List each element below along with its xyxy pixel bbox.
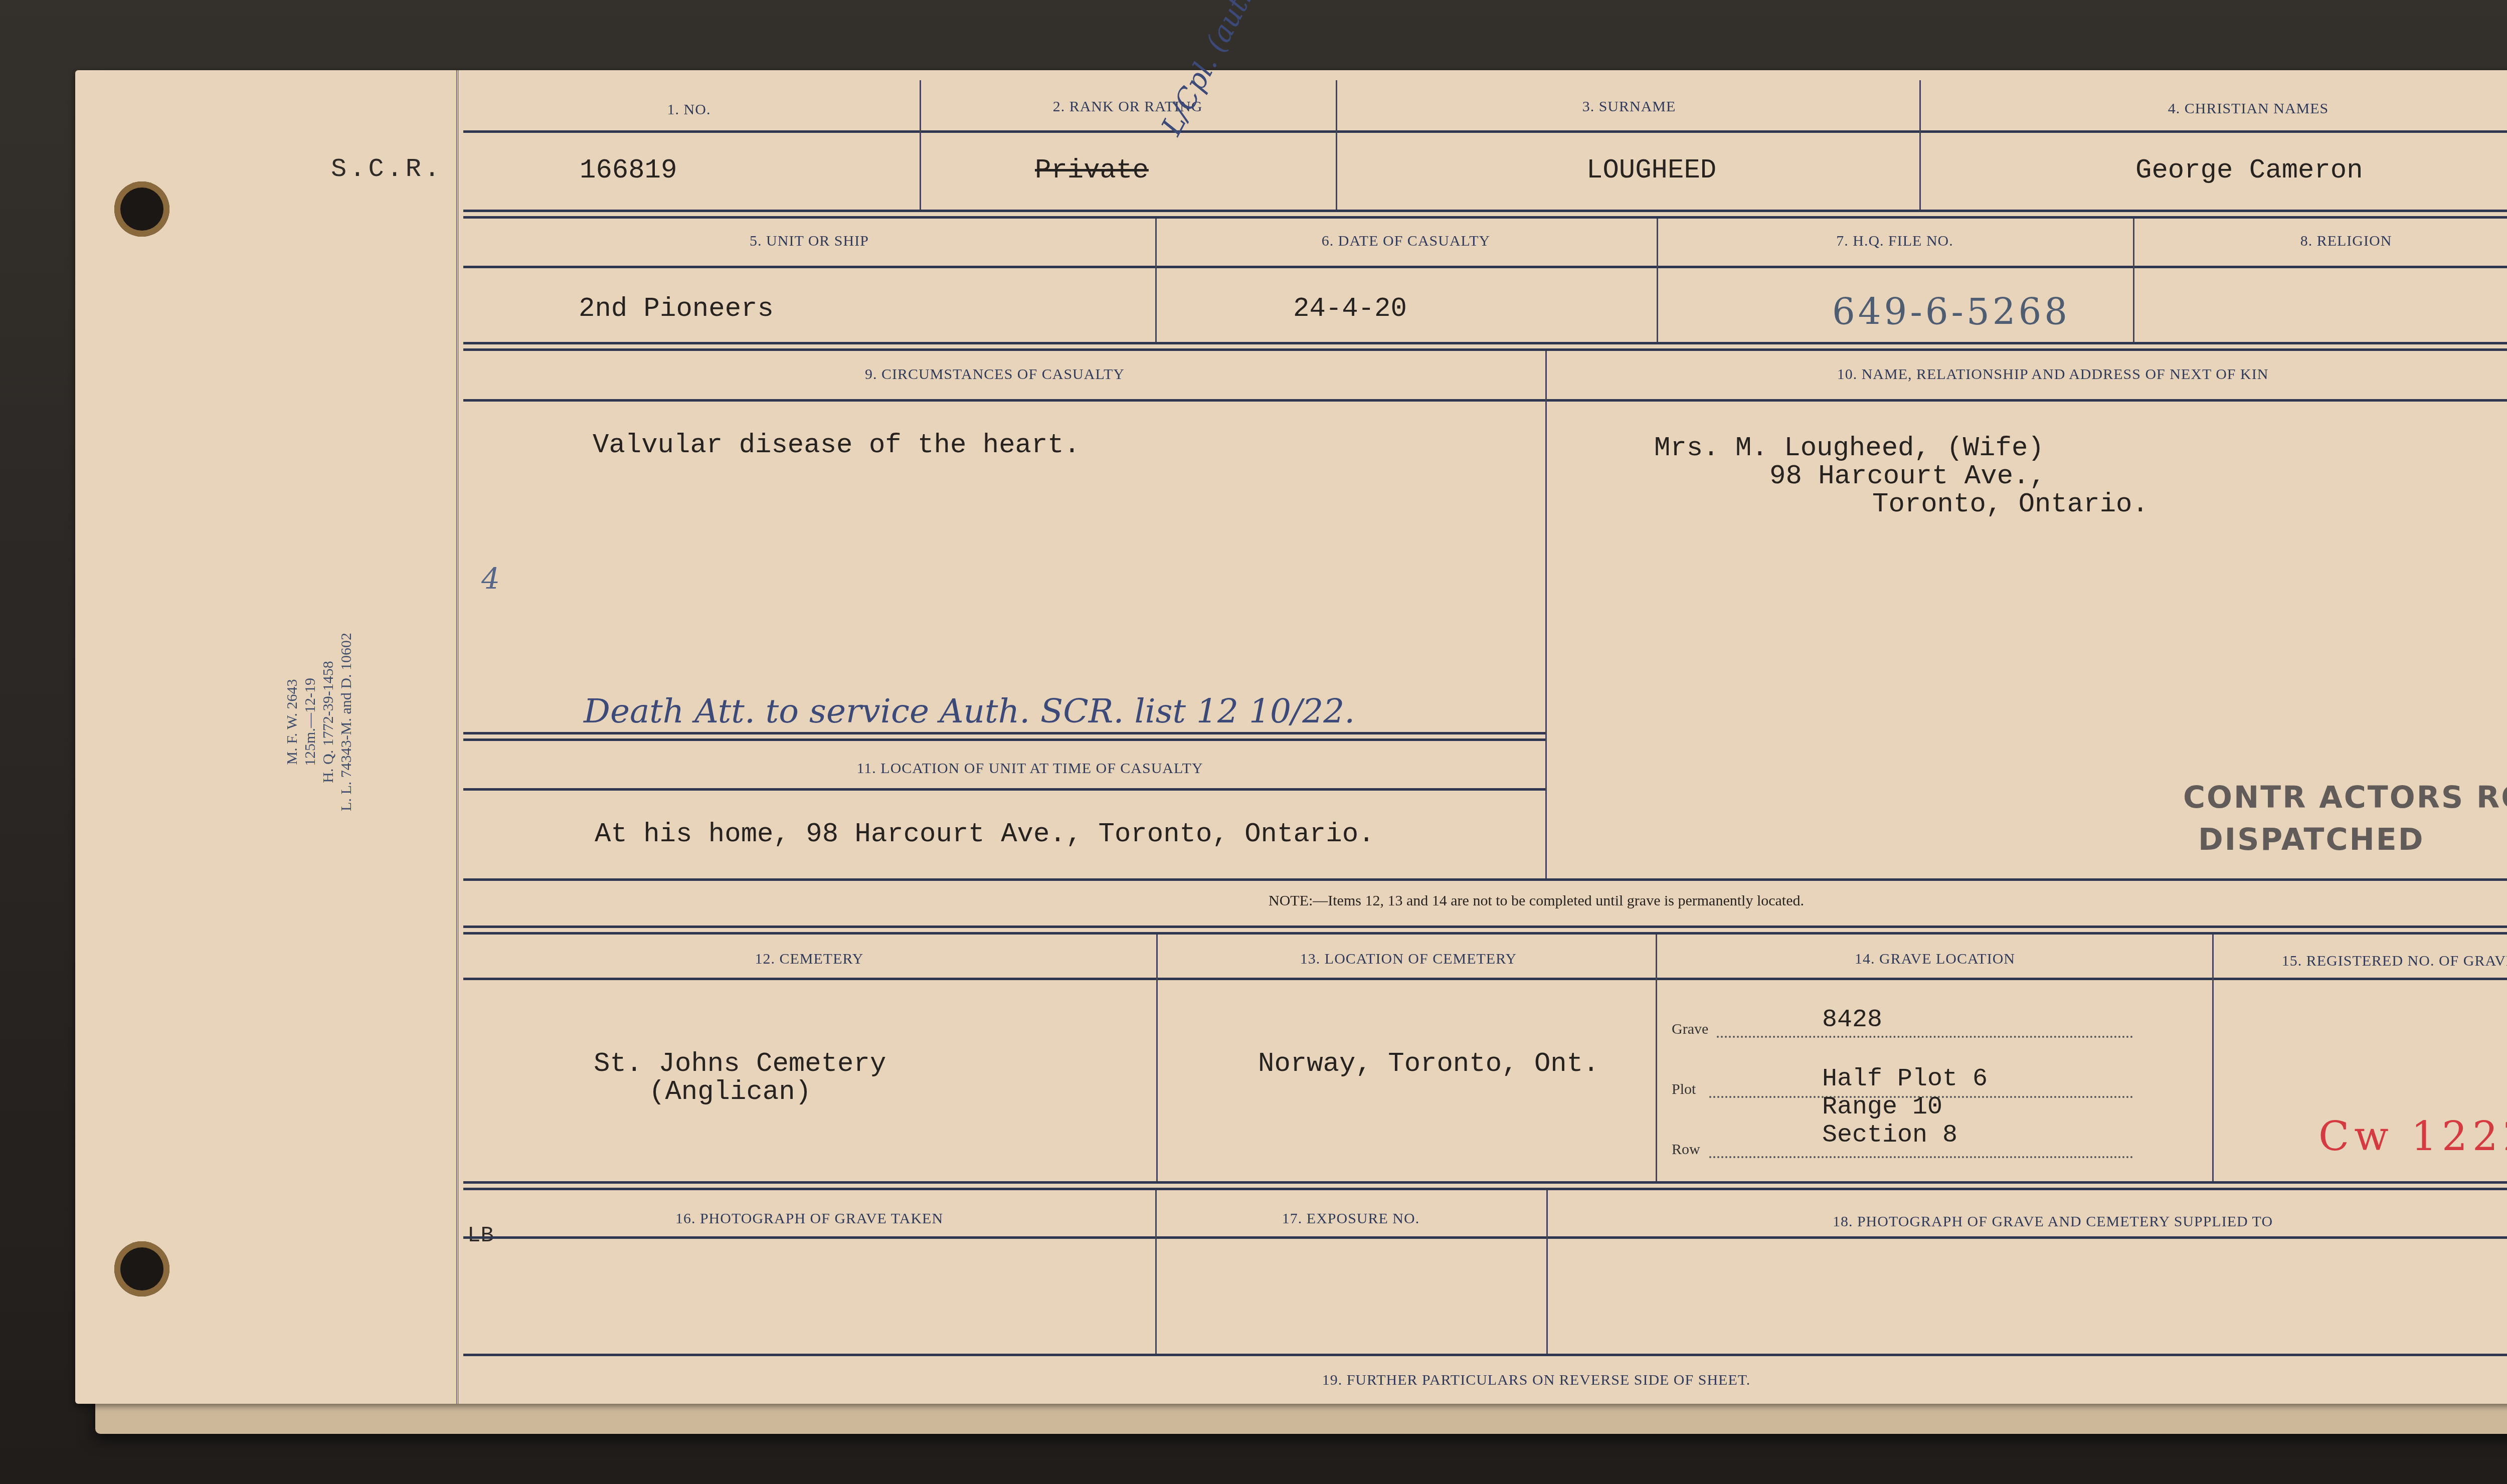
rule	[463, 978, 2507, 980]
value-christian-names: George Cameron	[2135, 155, 2363, 186]
rule	[463, 1181, 2507, 1190]
divider	[2212, 935, 2214, 1181]
rule	[463, 342, 2507, 351]
value-rank-struck: Private	[1035, 155, 1149, 186]
printer-note: M. F. W. 2643 125m.—12-19 H. Q. 1772-39-…	[283, 592, 355, 852]
handwritten-registered-no: Cw 1222	[2318, 1113, 2507, 1160]
rule	[463, 210, 2507, 219]
form-code: S.C.R.	[331, 154, 443, 184]
value-unit: 2nd Pioneers	[579, 294, 774, 324]
rule	[463, 878, 2507, 881]
label-christian-names: 4. Christian Names	[2168, 100, 2329, 117]
divider	[1336, 80, 1337, 210]
cemetery-line-1: St. Johns Cemetery	[594, 1049, 886, 1079]
divider	[1656, 935, 1657, 1181]
value-circumstances: Valvular disease of the heart.	[593, 430, 1080, 461]
label-next-of-kin: 10. Name, Relationship and Address of Ne…	[1837, 366, 2269, 383]
label-religion: 8. Religion	[2300, 233, 2392, 250]
rule	[463, 399, 2507, 402]
rule	[463, 266, 2507, 268]
divider	[1155, 1190, 1157, 1354]
stamp-dispatched: DISPATCHED	[2198, 822, 2425, 857]
value-surname: LOUGHEED	[1586, 155, 1716, 186]
label-cemetery: 12. Cemetery	[755, 951, 863, 968]
value-grave: 8428	[1822, 1006, 1882, 1034]
label-hq-file-no: 7. H.Q. File No.	[1836, 233, 1953, 250]
label-location-of-cemetery: 13. Location of Cemetery	[1300, 951, 1517, 968]
label-date-of-casualty: 6. Date of Casualty	[1322, 233, 1490, 250]
value-location-of-cemetery: Norway, Toronto, Ont.	[1258, 1049, 1599, 1079]
handwritten-circumstances: Death Att. to service Auth. SCR. list 12…	[584, 692, 1355, 730]
next-of-kin-line-3: Toronto, Ontario.	[1872, 489, 2148, 520]
note-items-12-14: NOTE:—Items 12, 13 and 14 are not to be …	[1269, 892, 1804, 909]
divider	[1546, 1190, 1548, 1354]
label-circumstances: 9. Circumstances of Casualty	[865, 366, 1125, 383]
stamp-contractors-roll: CONTR ACTORS ROLL	[2183, 780, 2507, 815]
casualty-card: S.C.R. 4 M. F. W. 2643 125m.—12-19 H. Q.…	[75, 70, 2507, 1404]
grave-row-label: Grave	[1672, 1021, 1708, 1038]
divider	[1545, 351, 1547, 878]
label-no: 1. No.	[667, 101, 711, 118]
label-further-particulars: 19. Further Particulars on Reverse Side …	[1322, 1372, 1751, 1389]
label-unit: 5. Unit or Ship	[750, 233, 869, 250]
label-photo-taken: 16. Photograph of Grave Taken	[675, 1210, 943, 1227]
card-stub: S.C.R. 4 M. F. W. 2643 125m.—12-19 H. Q.…	[75, 70, 456, 1404]
divider	[1155, 219, 1157, 342]
cemetery-line-2: (Anglican)	[649, 1077, 811, 1107]
divider	[1919, 80, 1921, 210]
value-location-of-unit: At his home, 98 Harcourt Ave., Toronto, …	[595, 819, 1374, 850]
dotted-line	[1717, 1036, 2133, 1038]
label-registered-no: 15. Registered No. of Grave	[2282, 953, 2507, 970]
rule	[463, 788, 1546, 791]
rule	[463, 1354, 2507, 1356]
label-exposure-no: 17. Exposure No.	[1282, 1210, 1419, 1227]
rule	[463, 130, 2507, 133]
divider	[1156, 935, 1158, 1181]
form-grid: 1. No. 166819 2. Rank or Rating Private …	[456, 70, 2507, 1404]
handwritten-hq-file-no: 649-6-5268	[1832, 291, 2070, 333]
rule	[463, 732, 1546, 741]
plot-row-label: Plot	[1672, 1081, 1696, 1098]
value-section: Section 8	[1822, 1121, 1957, 1150]
rule	[463, 925, 2507, 935]
label-location-of-unit: 11. Location of Unit at Time of Casualty	[856, 760, 1203, 777]
divider	[2133, 219, 2134, 342]
next-of-kin-line-1: Mrs. M. Lougheed, (Wife)	[1654, 433, 2044, 464]
value-no: 166819	[580, 155, 677, 186]
label-photo-supplied: 18. Photograph of Grave and Cemetery Sup…	[1833, 1213, 2273, 1230]
label-grave-location: 14. Grave Location	[1855, 951, 2015, 968]
next-of-kin-line-2: 98 Harcourt Ave.,	[1769, 461, 2046, 492]
divider	[1657, 219, 1658, 342]
divider	[920, 80, 921, 210]
rule	[463, 1236, 2507, 1239]
dotted-line	[1709, 1156, 2133, 1158]
value-date-of-casualty: 24-4-20	[1293, 294, 1407, 324]
value-plot: Half Plot 6	[1822, 1065, 1988, 1093]
label-surname: 3. Surname	[1582, 98, 1676, 115]
row-row-label: Row	[1672, 1141, 1700, 1158]
value-range: Range 10	[1822, 1093, 1942, 1122]
